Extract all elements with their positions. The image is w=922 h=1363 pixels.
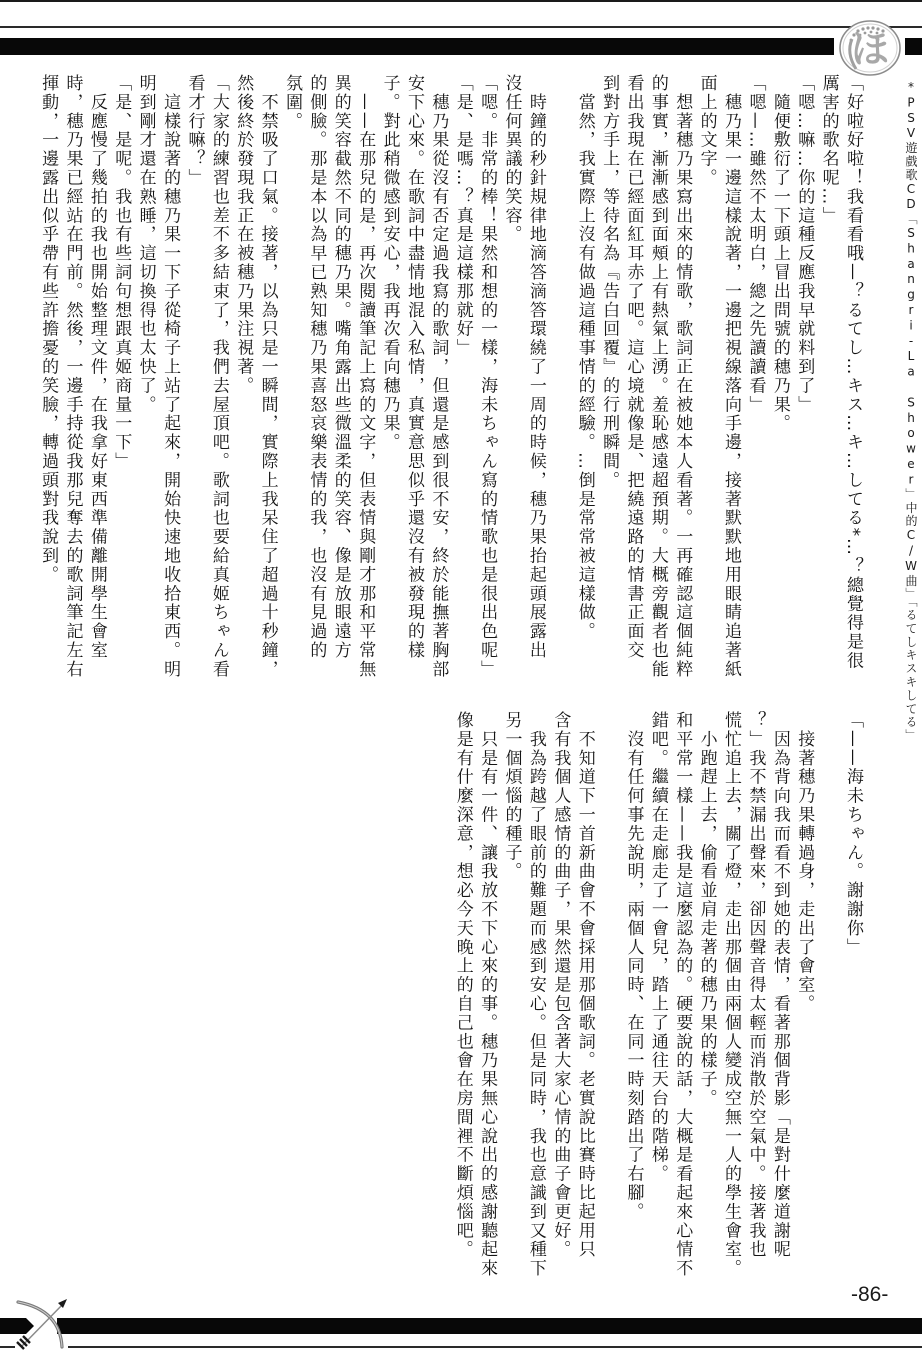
text-column: 小跑趕上去，偷看並肩走著的穗乃果的樣子。 (694, 711, 718, 1291)
text-column: 「是、是呢。我也有些詞句想跟真姬商量一下」 (109, 74, 133, 689)
text-column: 慌忙追上去，關了燈，走出那個由兩個人變成空無一人的學生會室。 (719, 711, 743, 1291)
header-thick-bar (0, 38, 834, 55)
text-column: 穗乃果從沒有否定過我寫的歌詞，但還是感到很不安，終於能撫著胸部 (426, 74, 450, 689)
book-page: ほ *PSV遊戲歌CD「Shangri-La Shower」中的C/W曲」「るて… (0, 0, 922, 1363)
footnote: *PSV遊戲歌CD「Shangri-La Shower」中的C/W曲」「るてしキ… (903, 80, 919, 720)
top-border-line (0, 0, 922, 2)
text-column: 看出我現在已經面紅耳赤了吧。這心境就像是、把繞遠路的情書正面交 (621, 74, 645, 689)
text-column: 反應慢了幾拍的我也開始整理文件，在我拿好東西準備離開學生會室 (85, 74, 109, 689)
footer-thin-rule (68, 1346, 922, 1348)
text-column: 揮動，一邊露出似乎帶有些許擔憂的笑臉，轉過頭對我說到。 (36, 74, 60, 689)
lower-text-block: 「——海未ちゃん。謝謝你」 接著穗乃果轉過身，走出了會室。 因為背向我而看不到她… (401, 711, 865, 1291)
text-column: 不禁吸了口氣。接著，以為只是一瞬間，實際上我呆住了超過十秒鐘， (255, 74, 279, 689)
text-column: 時鐘的秒針規律地滴答滴答環繞了一周的時候，穗乃果抬起頭展露出 (524, 74, 548, 689)
text-column: ——在那兒的是，再次閱讀筆記上寫的文字，但表情與剛才那和平常無 (353, 74, 377, 689)
bow-and-arrow-icon (0, 1290, 80, 1360)
text-column: 異的笑容截然不同的穗乃果。嘴角露出些微溫柔的笑容、像是放眼遠方 (328, 74, 352, 689)
text-column: 「好啦好啦！我看看哦—？るてし…キス…キ…してる*…？總覺得是很 (841, 74, 865, 689)
paragraph-gap (548, 74, 572, 689)
text-column: 「——海未ちゃん。謝謝你」 (841, 711, 865, 1291)
text-column: 氛圍。 (280, 74, 304, 689)
text-column: 我為跨越了眼前的難題而感到安心。但是同時，我也意識到又種下 (524, 711, 548, 1291)
text-column: ？」我不禁漏出聲來，卻因聲音得太輕而消散於空氣中。接著我也 (743, 711, 767, 1291)
text-column: 「嗯…嘛…你的這種反應我早就料到了」 (792, 74, 816, 689)
text-column: 子。對此稍微感到安心，我再次看向穗乃果。 (377, 74, 401, 689)
text-column: 「嗯—…雖然不太明白，總之先讀讀看」 (743, 74, 767, 689)
text-column: 時，穗乃果已經站在門前。然後，一邊手持從我那兒奪去的歌詞筆記左右 (60, 74, 84, 689)
text-column: 想著穗乃果寫出來的情歌，歌詞正在被她本人看著。一再確認這個純粹 (670, 74, 694, 689)
text-column: 不知道下一首新曲會不會採用那個歌詞。老實說比賽時比起用只 (572, 711, 596, 1291)
text-column: 當然，我實際上沒有做過這種事情的經驗。…倒是常常被這樣做。 (572, 74, 596, 689)
ho-circle-logo-icon: ほ (838, 19, 902, 77)
text-column: 含有我個人感情的曲子，果然還是包含著大家心情的曲子會更好。 (548, 711, 572, 1291)
text-column: 「是、是嗎…？真是這樣那就好」 (450, 74, 474, 689)
text-column: 面上的文字。 (694, 74, 718, 689)
text-column: 的事實，漸漸感到面頰上有熱氣上湧。羞恥感遠超預期。大概旁觀者也能 (645, 74, 669, 689)
text-column: 「嗯。非常的棒！果然和想的一樣，海未ちゃん寫的情歌也是很出色呢」 (475, 74, 499, 689)
text-column: 「大家的練習也差不多結束了，我們去屋頂吧。歌詞也要給真姬ちゃん看 (206, 74, 230, 689)
header-thin-rule (0, 26, 922, 28)
text-column: 看才行嘛？」 (182, 74, 206, 689)
page-number: -86- (851, 1283, 888, 1307)
text-column: 因為背向我而看不到她的表情，看著那個背影「是對什麼道謝呢 (767, 711, 791, 1291)
text-column: 和平常一樣——我是這麼認為的。硬要說的話，大概是看起來心情不 (670, 711, 694, 1291)
text-column: 穗乃果一邊這樣說著，一邊把視線落向手邊，接著默默地用眼睛追著紙 (719, 74, 743, 689)
text-column: 厲害的歌名呢…」 (816, 74, 840, 689)
text-column: 像是有什麼深意，想必今天晚上的自己也會在房間裡不斷煩惱吧。 (450, 711, 474, 1291)
text-column: 然後終於發現我正在被穗乃果注視著。 (231, 74, 255, 689)
text-column: 安下心來。在歌詞中盡情地混入私情，真實意思似乎還沒有被發現的樣 (402, 74, 426, 689)
text-column: 接著穗乃果轉過身，走出了會室。 (792, 711, 816, 1291)
upper-text-block: 「好啦好啦！我看看哦—？るてし…キス…キ…してる*…？總覺得是很 厲害的歌名呢…… (35, 74, 865, 689)
text-column: 的側臉。那是本以為早已熟知穗乃果喜怒哀樂表情的我，也沒有見過的 (304, 74, 328, 689)
text-column: 隨便敷衍了一下頭上冒出問號的穗乃果。 (767, 74, 791, 689)
text-column: 沒有任何事先說明，兩個人同時、在同一時刻踏出了右腳。 (621, 711, 645, 1291)
text-column: 沒任何異議的笑容。 (499, 74, 523, 689)
text-column: 只是有一件、讓我放不下心來的事。穗乃果無心說出的感謝聽起來 (475, 711, 499, 1291)
footer-thick-bar (57, 1318, 922, 1334)
header-thick-bar-right (905, 38, 922, 55)
paragraph-gap (597, 711, 621, 1291)
text-column: 錯吧。繼續在走廊走了一會兒，踏上了通往天台的階梯。 (645, 711, 669, 1291)
logo-glyph: ほ (838, 25, 902, 73)
text-column: 另一個煩惱的種子。 (499, 711, 523, 1291)
paragraph-gap (816, 711, 840, 1291)
text-column: 這樣說著的穗乃果一下子從椅子上站了起來，開始快速地收拾東西。明 (158, 74, 182, 689)
text-column: 明到剛才還在熟睡，這切換得也太快了。 (133, 74, 157, 689)
text-column: 到對方手上，等待名為『告白回覆』的行刑瞬間。 (597, 74, 621, 689)
